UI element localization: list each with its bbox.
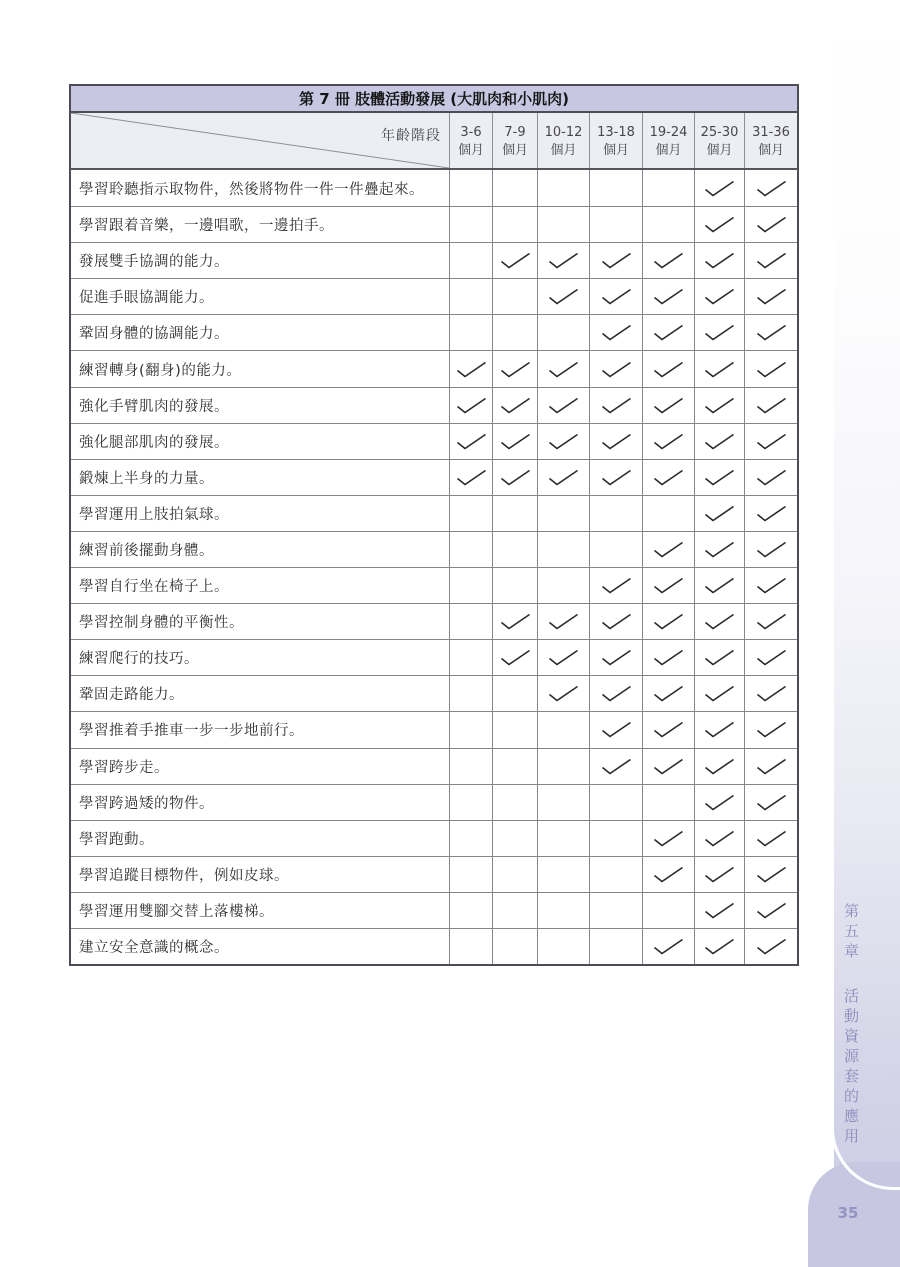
check-cell bbox=[694, 388, 744, 423]
check-cell bbox=[589, 929, 642, 964]
check-cell bbox=[744, 857, 797, 892]
activity-label: 學習跑動。 bbox=[79, 828, 154, 849]
check-icon bbox=[601, 577, 632, 594]
check-cell bbox=[744, 676, 797, 711]
check-cell bbox=[492, 749, 537, 784]
check-icon bbox=[704, 649, 735, 666]
check-cell bbox=[492, 279, 537, 314]
check-cell bbox=[589, 279, 642, 314]
check-cell bbox=[744, 749, 797, 784]
age-range: 31-36 bbox=[752, 124, 790, 142]
check-cell bbox=[744, 170, 797, 206]
table-row: 鞏固身體的協調能力。 bbox=[71, 314, 797, 350]
table-header-row: 年齡階段 3-6個月7-9個月10-12個月13-18個月19-24個月25-3… bbox=[71, 113, 797, 170]
check-cell bbox=[589, 568, 642, 603]
activity-cell: 學習跨步走。 bbox=[71, 749, 449, 784]
check-cell bbox=[744, 532, 797, 567]
check-icon bbox=[601, 758, 632, 775]
check-cell bbox=[537, 857, 589, 892]
check-icon bbox=[548, 397, 579, 414]
check-cell bbox=[642, 857, 694, 892]
check-cell bbox=[589, 712, 642, 747]
check-cell bbox=[589, 640, 642, 675]
check-cell bbox=[694, 460, 744, 495]
check-cell bbox=[589, 207, 642, 242]
activity-label: 學習推着手推車一步一步地前行。 bbox=[79, 719, 304, 740]
check-cell bbox=[492, 207, 537, 242]
check-icon bbox=[704, 324, 735, 341]
check-cell bbox=[537, 604, 589, 639]
check-icon bbox=[756, 758, 787, 775]
check-cell bbox=[642, 893, 694, 928]
check-icon bbox=[601, 721, 632, 738]
check-cell bbox=[537, 424, 589, 459]
check-icon bbox=[704, 505, 735, 522]
check-icon bbox=[653, 433, 684, 450]
check-icon bbox=[601, 288, 632, 305]
check-cell bbox=[642, 604, 694, 639]
activity-cell: 練習轉身(翻身)的能力。 bbox=[71, 351, 449, 386]
check-icon bbox=[548, 685, 579, 702]
check-cell bbox=[589, 315, 642, 350]
age-column-header: 13-18個月 bbox=[589, 113, 642, 168]
check-cell bbox=[744, 640, 797, 675]
activity-label: 練習前後擺動身體。 bbox=[79, 539, 214, 560]
check-cell bbox=[694, 424, 744, 459]
check-icon bbox=[653, 758, 684, 775]
check-icon bbox=[756, 685, 787, 702]
check-cell bbox=[694, 243, 744, 278]
activity-cell: 學習自行坐在椅子上。 bbox=[71, 568, 449, 603]
activity-cell: 學習追蹤目標物件，例如皮球。 bbox=[71, 857, 449, 892]
table-body: 學習聆聽指示取物件，然後將物件一件一件疊起來。學習跟着音樂，一邊唱歌，一邊拍手。… bbox=[71, 170, 797, 964]
check-cell bbox=[492, 351, 537, 386]
check-cell bbox=[449, 893, 492, 928]
check-cell bbox=[589, 893, 642, 928]
check-icon bbox=[601, 649, 632, 666]
check-cell bbox=[744, 929, 797, 964]
check-cell bbox=[492, 388, 537, 423]
check-cell bbox=[492, 424, 537, 459]
activity-label: 學習自行坐在椅子上。 bbox=[79, 575, 229, 596]
check-icon bbox=[500, 361, 531, 378]
check-cell bbox=[537, 243, 589, 278]
check-icon bbox=[756, 397, 787, 414]
activity-cell: 學習跟着音樂，一邊唱歌，一邊拍手。 bbox=[71, 207, 449, 242]
activity-label: 鍛煉上半身的力量。 bbox=[79, 467, 214, 488]
activity-cell: 學習運用雙腳交替上落樓梯。 bbox=[71, 893, 449, 928]
activity-label: 學習控制身體的平衡性。 bbox=[79, 611, 244, 632]
table-row: 強化腿部肌肉的發展。 bbox=[71, 423, 797, 459]
check-cell bbox=[449, 749, 492, 784]
check-icon bbox=[601, 397, 632, 414]
check-icon bbox=[548, 469, 579, 486]
check-cell bbox=[449, 929, 492, 964]
check-cell bbox=[589, 532, 642, 567]
check-cell bbox=[537, 568, 589, 603]
check-cell bbox=[744, 279, 797, 314]
check-cell bbox=[537, 279, 589, 314]
check-cell bbox=[492, 243, 537, 278]
check-cell bbox=[449, 315, 492, 350]
check-icon bbox=[704, 541, 735, 558]
check-cell bbox=[449, 676, 492, 711]
check-cell bbox=[449, 785, 492, 820]
check-icon bbox=[756, 830, 787, 847]
check-cell bbox=[589, 460, 642, 495]
age-unit: 個月 bbox=[706, 142, 732, 160]
activity-label: 強化手臂肌肉的發展。 bbox=[79, 395, 229, 416]
activity-cell: 鍛煉上半身的力量。 bbox=[71, 460, 449, 495]
activity-label: 學習運用雙腳交替上落樓梯。 bbox=[79, 900, 274, 921]
activity-cell: 發展雙手協調的能力。 bbox=[71, 243, 449, 278]
check-cell bbox=[694, 676, 744, 711]
check-cell bbox=[537, 496, 589, 531]
check-icon bbox=[456, 361, 487, 378]
activity-cell: 強化手臂肌肉的發展。 bbox=[71, 388, 449, 423]
age-stage-label: 年齡階段 bbox=[381, 125, 441, 145]
check-icon bbox=[500, 433, 531, 450]
check-icon bbox=[653, 649, 684, 666]
check-icon bbox=[756, 505, 787, 522]
check-icon bbox=[704, 252, 735, 269]
table-row: 學習推着手推車一步一步地前行。 bbox=[71, 711, 797, 747]
check-icon bbox=[704, 577, 735, 594]
check-icon bbox=[704, 469, 735, 486]
check-icon bbox=[653, 866, 684, 883]
check-icon bbox=[653, 288, 684, 305]
activity-cell: 練習前後擺動身體。 bbox=[71, 532, 449, 567]
age-column-header: 10-12個月 bbox=[537, 113, 589, 168]
header-corner-cell: 年齡階段 bbox=[71, 113, 449, 168]
check-icon bbox=[704, 397, 735, 414]
activity-label: 發展雙手協調的能力。 bbox=[79, 250, 229, 271]
check-cell bbox=[492, 315, 537, 350]
age-range: 25-30 bbox=[701, 124, 739, 142]
check-icon bbox=[601, 685, 632, 702]
check-cell bbox=[449, 604, 492, 639]
check-cell bbox=[537, 207, 589, 242]
check-cell bbox=[589, 243, 642, 278]
check-icon bbox=[756, 324, 787, 341]
activity-label: 學習運用上肢拍氣球。 bbox=[79, 503, 229, 524]
table-row: 學習追蹤目標物件，例如皮球。 bbox=[71, 856, 797, 892]
check-icon bbox=[704, 685, 735, 702]
table-row: 促進手眼協調能力。 bbox=[71, 278, 797, 314]
check-cell bbox=[449, 170, 492, 206]
check-icon bbox=[548, 649, 579, 666]
check-icon bbox=[548, 252, 579, 269]
activity-label: 練習轉身(翻身)的能力。 bbox=[79, 359, 241, 380]
check-cell bbox=[642, 388, 694, 423]
check-cell bbox=[492, 893, 537, 928]
check-icon bbox=[548, 361, 579, 378]
check-cell bbox=[589, 785, 642, 820]
check-cell bbox=[642, 424, 694, 459]
check-icon bbox=[756, 577, 787, 594]
chapter-label: 第五章 bbox=[840, 903, 862, 963]
check-icon bbox=[704, 361, 735, 378]
check-cell bbox=[694, 712, 744, 747]
age-unit: 個月 bbox=[502, 142, 528, 160]
check-cell bbox=[694, 929, 744, 964]
check-cell bbox=[642, 170, 694, 206]
check-cell bbox=[642, 749, 694, 784]
check-icon bbox=[756, 361, 787, 378]
check-icon bbox=[704, 758, 735, 775]
check-cell bbox=[492, 604, 537, 639]
check-cell bbox=[744, 893, 797, 928]
check-icon bbox=[704, 613, 735, 630]
page-number: 35 bbox=[832, 1204, 864, 1222]
table-row: 鞏固走路能力。 bbox=[71, 675, 797, 711]
table-row: 學習自行坐在椅子上。 bbox=[71, 567, 797, 603]
check-icon bbox=[601, 252, 632, 269]
check-cell bbox=[537, 351, 589, 386]
check-icon bbox=[756, 866, 787, 883]
check-icon bbox=[653, 721, 684, 738]
check-cell bbox=[694, 785, 744, 820]
check-icon bbox=[756, 721, 787, 738]
check-icon bbox=[756, 938, 787, 955]
table-row: 發展雙手協調的能力。 bbox=[71, 242, 797, 278]
check-icon bbox=[704, 902, 735, 919]
check-cell bbox=[449, 640, 492, 675]
activity-cell: 建立安全意識的概念。 bbox=[71, 929, 449, 964]
check-cell bbox=[744, 785, 797, 820]
check-cell bbox=[694, 351, 744, 386]
check-cell bbox=[492, 170, 537, 206]
activity-label: 強化腿部肌肉的發展。 bbox=[79, 431, 229, 452]
check-cell bbox=[744, 460, 797, 495]
check-cell bbox=[589, 388, 642, 423]
activity-label: 學習跟着音樂，一邊唱歌，一邊拍手。 bbox=[79, 214, 334, 235]
check-cell bbox=[449, 532, 492, 567]
activity-cell: 學習跑動。 bbox=[71, 821, 449, 856]
activity-cell: 學習聆聽指示取物件，然後將物件一件一件疊起來。 bbox=[71, 170, 449, 206]
age-range: 13-18 bbox=[597, 124, 635, 142]
check-cell bbox=[694, 857, 744, 892]
check-icon bbox=[653, 541, 684, 558]
check-cell bbox=[537, 170, 589, 206]
check-cell bbox=[449, 821, 492, 856]
check-icon bbox=[601, 433, 632, 450]
check-cell bbox=[449, 388, 492, 423]
age-unit: 個月 bbox=[603, 142, 629, 160]
check-cell bbox=[589, 170, 642, 206]
check-cell bbox=[537, 712, 589, 747]
check-cell bbox=[449, 460, 492, 495]
check-cell bbox=[492, 857, 537, 892]
check-cell bbox=[642, 207, 694, 242]
table-row: 學習聆聽指示取物件，然後將物件一件一件疊起來。 bbox=[71, 170, 797, 206]
check-cell bbox=[537, 929, 589, 964]
check-cell bbox=[744, 243, 797, 278]
check-cell bbox=[537, 821, 589, 856]
table-row: 建立安全意識的概念。 bbox=[71, 928, 797, 964]
check-cell bbox=[492, 460, 537, 495]
check-icon bbox=[653, 252, 684, 269]
table-row: 學習跨過矮的物件。 bbox=[71, 784, 797, 820]
check-cell bbox=[492, 640, 537, 675]
check-cell bbox=[537, 640, 589, 675]
activity-label: 鞏固身體的協調能力。 bbox=[79, 322, 229, 343]
age-range: 19-24 bbox=[650, 124, 688, 142]
check-cell bbox=[449, 207, 492, 242]
check-icon bbox=[500, 613, 531, 630]
check-cell bbox=[537, 893, 589, 928]
check-cell bbox=[492, 568, 537, 603]
check-cell bbox=[744, 388, 797, 423]
table-row: 強化手臂肌肉的發展。 bbox=[71, 387, 797, 423]
check-icon bbox=[756, 288, 787, 305]
check-cell bbox=[537, 388, 589, 423]
check-icon bbox=[704, 938, 735, 955]
check-cell bbox=[449, 712, 492, 747]
check-cell bbox=[744, 821, 797, 856]
check-cell bbox=[642, 929, 694, 964]
check-cell bbox=[537, 785, 589, 820]
check-cell bbox=[642, 785, 694, 820]
check-cell bbox=[694, 207, 744, 242]
check-cell bbox=[642, 821, 694, 856]
table-row: 鍛煉上半身的力量。 bbox=[71, 459, 797, 495]
activity-label: 學習跨過矮的物件。 bbox=[79, 792, 214, 813]
check-cell bbox=[449, 279, 492, 314]
check-cell bbox=[744, 568, 797, 603]
check-icon bbox=[653, 830, 684, 847]
age-column-header: 31-36個月 bbox=[744, 113, 797, 168]
check-icon bbox=[456, 433, 487, 450]
table-title: 第 7 冊 肢體活動發展 (大肌肉和小肌肉) bbox=[71, 86, 797, 113]
table-row: 學習運用雙腳交替上落樓梯。 bbox=[71, 892, 797, 928]
activity-label: 學習追蹤目標物件，例如皮球。 bbox=[79, 864, 289, 885]
activity-label: 促進手眼協調能力。 bbox=[79, 286, 214, 307]
check-cell bbox=[492, 712, 537, 747]
activity-label: 學習聆聽指示取物件，然後將物件一件一件疊起來。 bbox=[79, 178, 424, 199]
check-cell bbox=[589, 351, 642, 386]
activity-label: 建立安全意識的概念。 bbox=[79, 936, 229, 957]
checklist-table: 第 7 冊 肢體活動發展 (大肌肉和小肌肉) 年齡階段 3-6個月7-9個月10… bbox=[69, 84, 799, 966]
check-icon bbox=[601, 613, 632, 630]
check-cell bbox=[694, 532, 744, 567]
age-unit: 個月 bbox=[655, 142, 681, 160]
check-cell bbox=[537, 315, 589, 350]
table-row: 學習跨步走。 bbox=[71, 748, 797, 784]
check-icon bbox=[653, 397, 684, 414]
age-range: 10-12 bbox=[545, 124, 583, 142]
activity-label: 鞏固走路能力。 bbox=[79, 683, 184, 704]
check-cell bbox=[449, 857, 492, 892]
check-icon bbox=[756, 433, 787, 450]
check-icon bbox=[653, 469, 684, 486]
check-icon bbox=[756, 541, 787, 558]
activity-cell: 鞏固身體的協調能力。 bbox=[71, 315, 449, 350]
check-cell bbox=[694, 749, 744, 784]
check-icon bbox=[704, 794, 735, 811]
check-icon bbox=[704, 216, 735, 233]
check-cell bbox=[589, 676, 642, 711]
age-unit: 個月 bbox=[758, 142, 784, 160]
check-icon bbox=[756, 794, 787, 811]
activity-cell: 學習跨過矮的物件。 bbox=[71, 785, 449, 820]
check-cell bbox=[694, 279, 744, 314]
check-icon bbox=[601, 324, 632, 341]
check-cell bbox=[642, 279, 694, 314]
check-cell bbox=[642, 676, 694, 711]
age-column-header: 7-9個月 bbox=[492, 113, 537, 168]
check-icon bbox=[653, 361, 684, 378]
check-icon bbox=[704, 830, 735, 847]
activity-cell: 學習推着手推車一步一步地前行。 bbox=[71, 712, 449, 747]
check-cell bbox=[492, 496, 537, 531]
table-row: 學習控制身體的平衡性。 bbox=[71, 603, 797, 639]
age-column-header: 25-30個月 bbox=[694, 113, 744, 168]
check-cell bbox=[492, 785, 537, 820]
check-cell bbox=[744, 315, 797, 350]
check-cell bbox=[449, 568, 492, 603]
check-cell bbox=[744, 496, 797, 531]
check-cell bbox=[589, 749, 642, 784]
check-icon bbox=[548, 433, 579, 450]
check-icon bbox=[653, 577, 684, 594]
check-cell bbox=[449, 243, 492, 278]
check-cell bbox=[537, 676, 589, 711]
check-cell bbox=[642, 315, 694, 350]
check-cell bbox=[744, 604, 797, 639]
table-row: 練習爬行的技巧。 bbox=[71, 639, 797, 675]
check-cell bbox=[744, 351, 797, 386]
activity-cell: 鞏固走路能力。 bbox=[71, 676, 449, 711]
table-row: 練習轉身(翻身)的能力。 bbox=[71, 350, 797, 386]
check-cell bbox=[694, 315, 744, 350]
check-cell bbox=[642, 640, 694, 675]
check-icon bbox=[756, 649, 787, 666]
check-cell bbox=[642, 568, 694, 603]
activity-cell: 促進手眼協調能力。 bbox=[71, 279, 449, 314]
check-cell bbox=[642, 460, 694, 495]
check-icon bbox=[756, 902, 787, 919]
check-icon bbox=[653, 685, 684, 702]
check-cell bbox=[449, 424, 492, 459]
check-icon bbox=[548, 613, 579, 630]
check-cell bbox=[537, 532, 589, 567]
check-cell bbox=[492, 821, 537, 856]
age-column-header: 3-6個月 bbox=[449, 113, 492, 168]
check-cell bbox=[492, 532, 537, 567]
check-icon bbox=[704, 866, 735, 883]
check-icon bbox=[756, 469, 787, 486]
check-icon bbox=[500, 397, 531, 414]
check-icon bbox=[601, 361, 632, 378]
check-cell bbox=[642, 532, 694, 567]
age-unit: 個月 bbox=[550, 142, 576, 160]
check-cell bbox=[642, 351, 694, 386]
check-icon bbox=[653, 938, 684, 955]
check-icon bbox=[456, 397, 487, 414]
check-icon bbox=[756, 216, 787, 233]
check-cell bbox=[589, 424, 642, 459]
table-row: 練習前後擺動身體。 bbox=[71, 531, 797, 567]
check-cell bbox=[694, 604, 744, 639]
document-page: 第五章 活動資源套的應用 35 第 7 冊 肢體活動發展 (大肌肉和小肌肉) 年… bbox=[0, 0, 900, 1267]
activity-cell: 學習控制身體的平衡性。 bbox=[71, 604, 449, 639]
check-icon bbox=[601, 469, 632, 486]
age-column-header: 19-24個月 bbox=[642, 113, 694, 168]
check-cell bbox=[492, 676, 537, 711]
age-unit: 個月 bbox=[458, 142, 484, 160]
check-cell bbox=[694, 170, 744, 206]
